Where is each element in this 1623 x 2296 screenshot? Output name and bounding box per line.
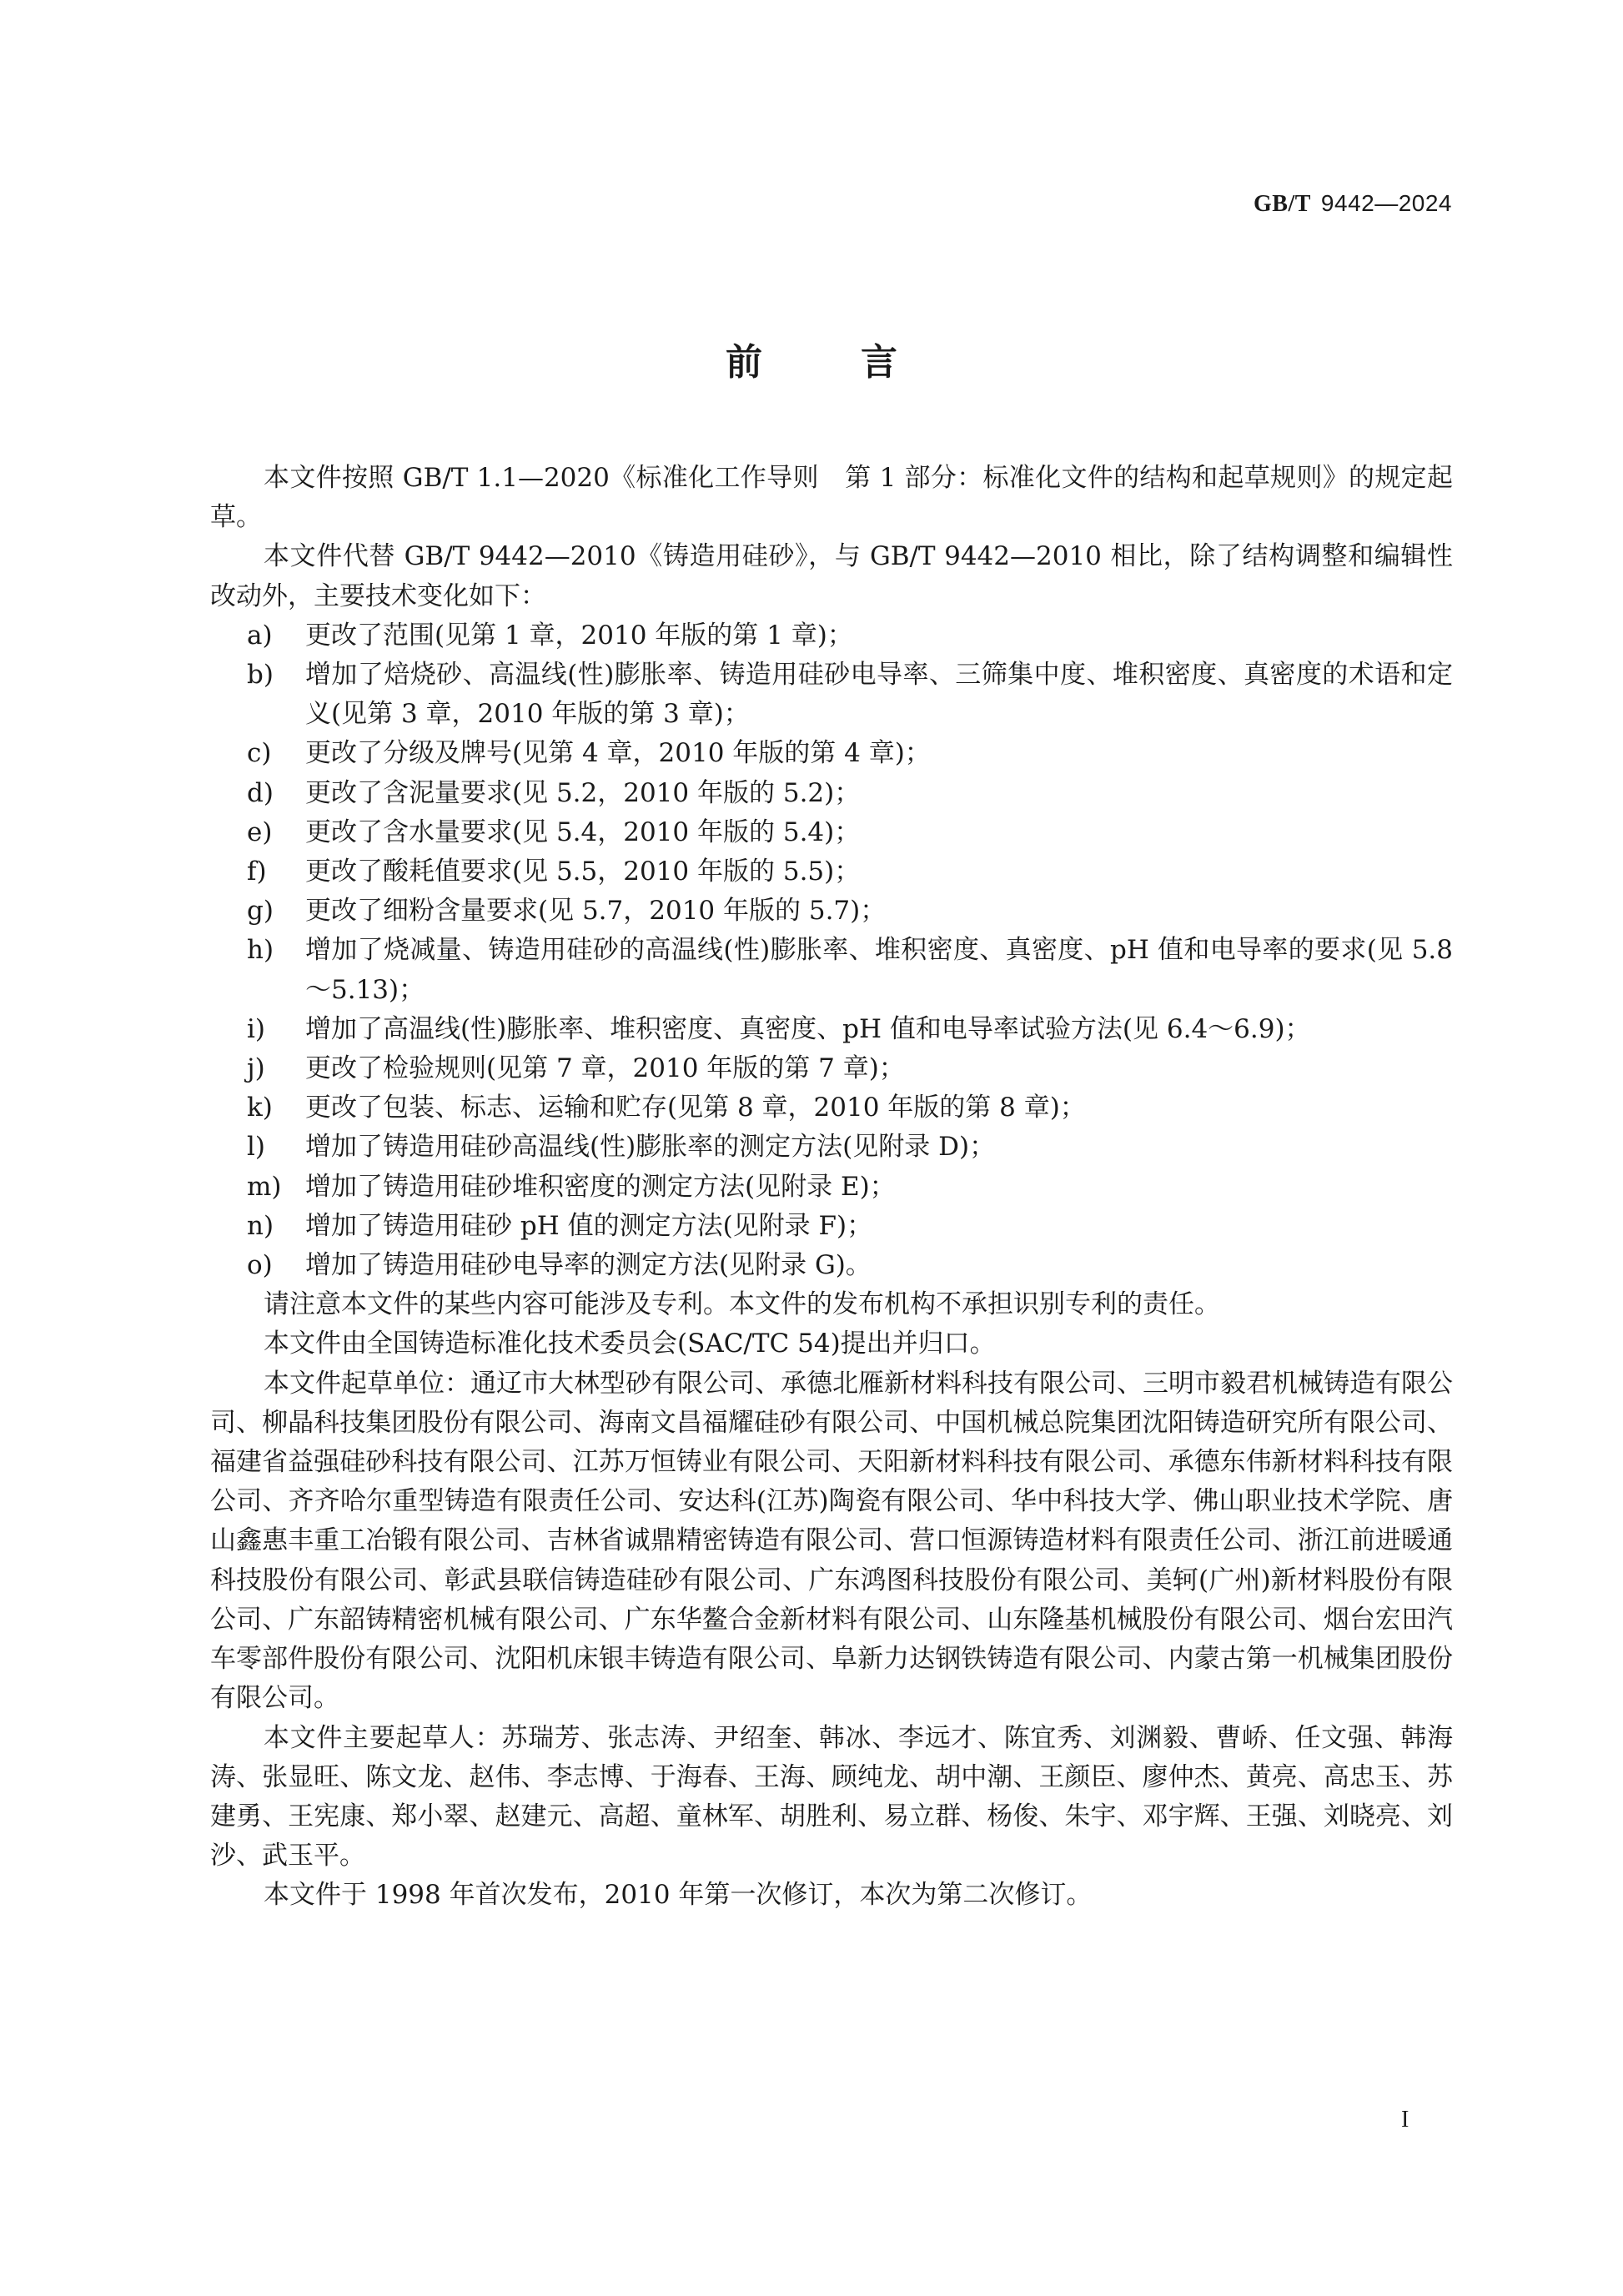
list-item-text: 更改了检验规则(见第 7 章，2010 年版的第 7 章)；	[305, 1053, 905, 1083]
list-marker: c)	[247, 734, 271, 773]
list-item-text: 增加了铸造用硅砂堆积密度的测定方法(见附录 E)；	[305, 1172, 896, 1202]
paragraph-drafting-rules: 本文件按照 GB/T 1.1—2020《标准化工作导则 第 1 部分：标准化文件…	[210, 459, 1453, 537]
list-item-text: 更改了含水量要求(见 5.4，2010 年版的 5.4)；	[305, 817, 860, 847]
list-item: k)更改了包装、标志、运输和贮存(见第 8 章，2010 年版的第 8 章)；	[210, 1088, 1453, 1128]
changes-list: a)更改了范围(见第 1 章，2010 年版的第 1 章)； b)增加了焙烧砂、…	[210, 616, 1453, 1285]
list-marker: o)	[247, 1246, 273, 1285]
list-item-text: 增加了铸造用硅砂 pH 值的测定方法(见附录 F)；	[305, 1211, 872, 1241]
list-item-text: 更改了包装、标志、运输和贮存(见第 8 章，2010 年版的第 8 章)；	[305, 1093, 1086, 1123]
page-title: 前言	[0, 332, 1623, 385]
list-marker: g)	[247, 892, 274, 931]
list-marker: j)	[247, 1049, 265, 1088]
list-item: b)增加了焙烧砂、高温线(性)膨胀率、铸造用硅砂电导率、三筛集中度、堆积密度、真…	[210, 656, 1453, 734]
list-item: e)更改了含水量要求(见 5.4，2010 年版的 5.4)；	[210, 813, 1453, 852]
list-marker: i)	[247, 1010, 265, 1049]
list-marker: d)	[247, 774, 274, 813]
list-marker: h)	[247, 931, 274, 970]
list-item: d)更改了含泥量要求(见 5.2，2010 年版的 5.2)；	[210, 774, 1453, 813]
list-item-text: 增加了铸造用硅砂电导率的测定方法(见附录 G)。	[305, 1250, 872, 1280]
paragraph-replaces: 本文件代替 GB/T 9442—2010《铸造用硅砂》，与 GB/T 9442—…	[210, 537, 1453, 615]
list-item: o)增加了铸造用硅砂电导率的测定方法(见附录 G)。	[210, 1246, 1453, 1285]
page-number: I	[1401, 2107, 1409, 2133]
list-item: h)增加了烧减量、铸造用硅砂的高温线(性)膨胀率、堆积密度、真密度、pH 值和电…	[210, 931, 1453, 1009]
list-item: m)增加了铸造用硅砂堆积密度的测定方法(见附录 E)；	[210, 1168, 1453, 1207]
list-marker: b)	[247, 656, 274, 695]
title-char-2: 言	[861, 332, 897, 385]
list-marker: m)	[247, 1168, 282, 1207]
list-item: i)增加了高温线(性)膨胀率、堆积密度、真密度、pH 值和电导率试验方法(见 6…	[210, 1010, 1453, 1049]
list-marker: a)	[247, 616, 273, 656]
list-item: n)增加了铸造用硅砂 pH 值的测定方法(见附录 F)；	[210, 1207, 1453, 1246]
list-item-text: 更改了分级及牌号(见第 4 章，2010 年版的第 4 章)；	[305, 738, 931, 768]
paragraph-drafting-units: 本文件起草单位：通辽市大林型砂有限公司、承德北雁新材料科技有限公司、三明市毅君机…	[210, 1364, 1453, 1719]
standard-code: GB/T9442—2024	[1254, 190, 1452, 218]
list-marker: l)	[247, 1128, 265, 1167]
standard-number: 9442—2024	[1321, 190, 1452, 216]
list-marker: f)	[247, 852, 267, 892]
list-item-text: 更改了范围(见第 1 章，2010 年版的第 1 章)；	[305, 620, 853, 651]
list-item: g)更改了细粉含量要求(见 5.7，2010 年版的 5.7)；	[210, 892, 1453, 931]
paragraph-history: 本文件于 1998 年首次发布，2010 年第一次修订，本次为第二次修订。	[210, 1876, 1453, 1915]
list-item: j)更改了检验规则(见第 7 章，2010 年版的第 7 章)；	[210, 1049, 1453, 1088]
list-item-text: 增加了焙烧砂、高温线(性)膨胀率、铸造用硅砂电导率、三筛集中度、堆积密度、真密度…	[305, 660, 1453, 729]
foreword-body: 本文件按照 GB/T 1.1—2020《标准化工作导则 第 1 部分：标准化文件…	[210, 459, 1453, 1916]
paragraph-proposer: 本文件由全国铸造标准化技术委员会(SAC/TC 54)提出并归口。	[210, 1324, 1453, 1364]
title-char-1: 前	[726, 332, 762, 385]
list-item: l)增加了铸造用硅砂高温线(性)膨胀率的测定方法(见附录 D)；	[210, 1128, 1453, 1167]
list-item-text: 更改了含泥量要求(见 5.2，2010 年版的 5.2)；	[305, 778, 860, 808]
list-item-text: 更改了酸耗值要求(见 5.5，2010 年版的 5.5)；	[305, 857, 860, 887]
list-item-text: 增加了高温线(性)膨胀率、堆积密度、真密度、pH 值和电导率试验方法(见 6.4…	[305, 1014, 1311, 1044]
list-item: a)更改了范围(见第 1 章，2010 年版的第 1 章)；	[210, 616, 1453, 656]
paragraph-patent-notice: 请注意本文件的某些内容可能涉及专利。本文件的发布机构不承担识别专利的责任。	[210, 1285, 1453, 1324]
list-item-text: 增加了烧减量、铸造用硅砂的高温线(性)膨胀率、堆积密度、真密度、pH 值和电导率…	[305, 935, 1453, 1004]
list-item: c)更改了分级及牌号(见第 4 章，2010 年版的第 4 章)；	[210, 734, 1453, 773]
standard-prefix: GB/T	[1254, 191, 1311, 217]
list-marker: k)	[247, 1088, 273, 1128]
paragraph-drafters: 本文件主要起草人：苏瑞芳、张志涛、尹绍奎、韩冰、李远才、陈宜秀、刘渊毅、曹峤、任…	[210, 1719, 1453, 1876]
list-item-text: 更改了细粉含量要求(见 5.7，2010 年版的 5.7)；	[305, 896, 886, 926]
list-item: f)更改了酸耗值要求(见 5.5，2010 年版的 5.5)；	[210, 852, 1453, 892]
list-item-text: 增加了铸造用硅砂高温线(性)膨胀率的测定方法(见附录 D)；	[305, 1132, 995, 1162]
list-marker: n)	[247, 1207, 274, 1246]
list-marker: e)	[247, 813, 272, 852]
